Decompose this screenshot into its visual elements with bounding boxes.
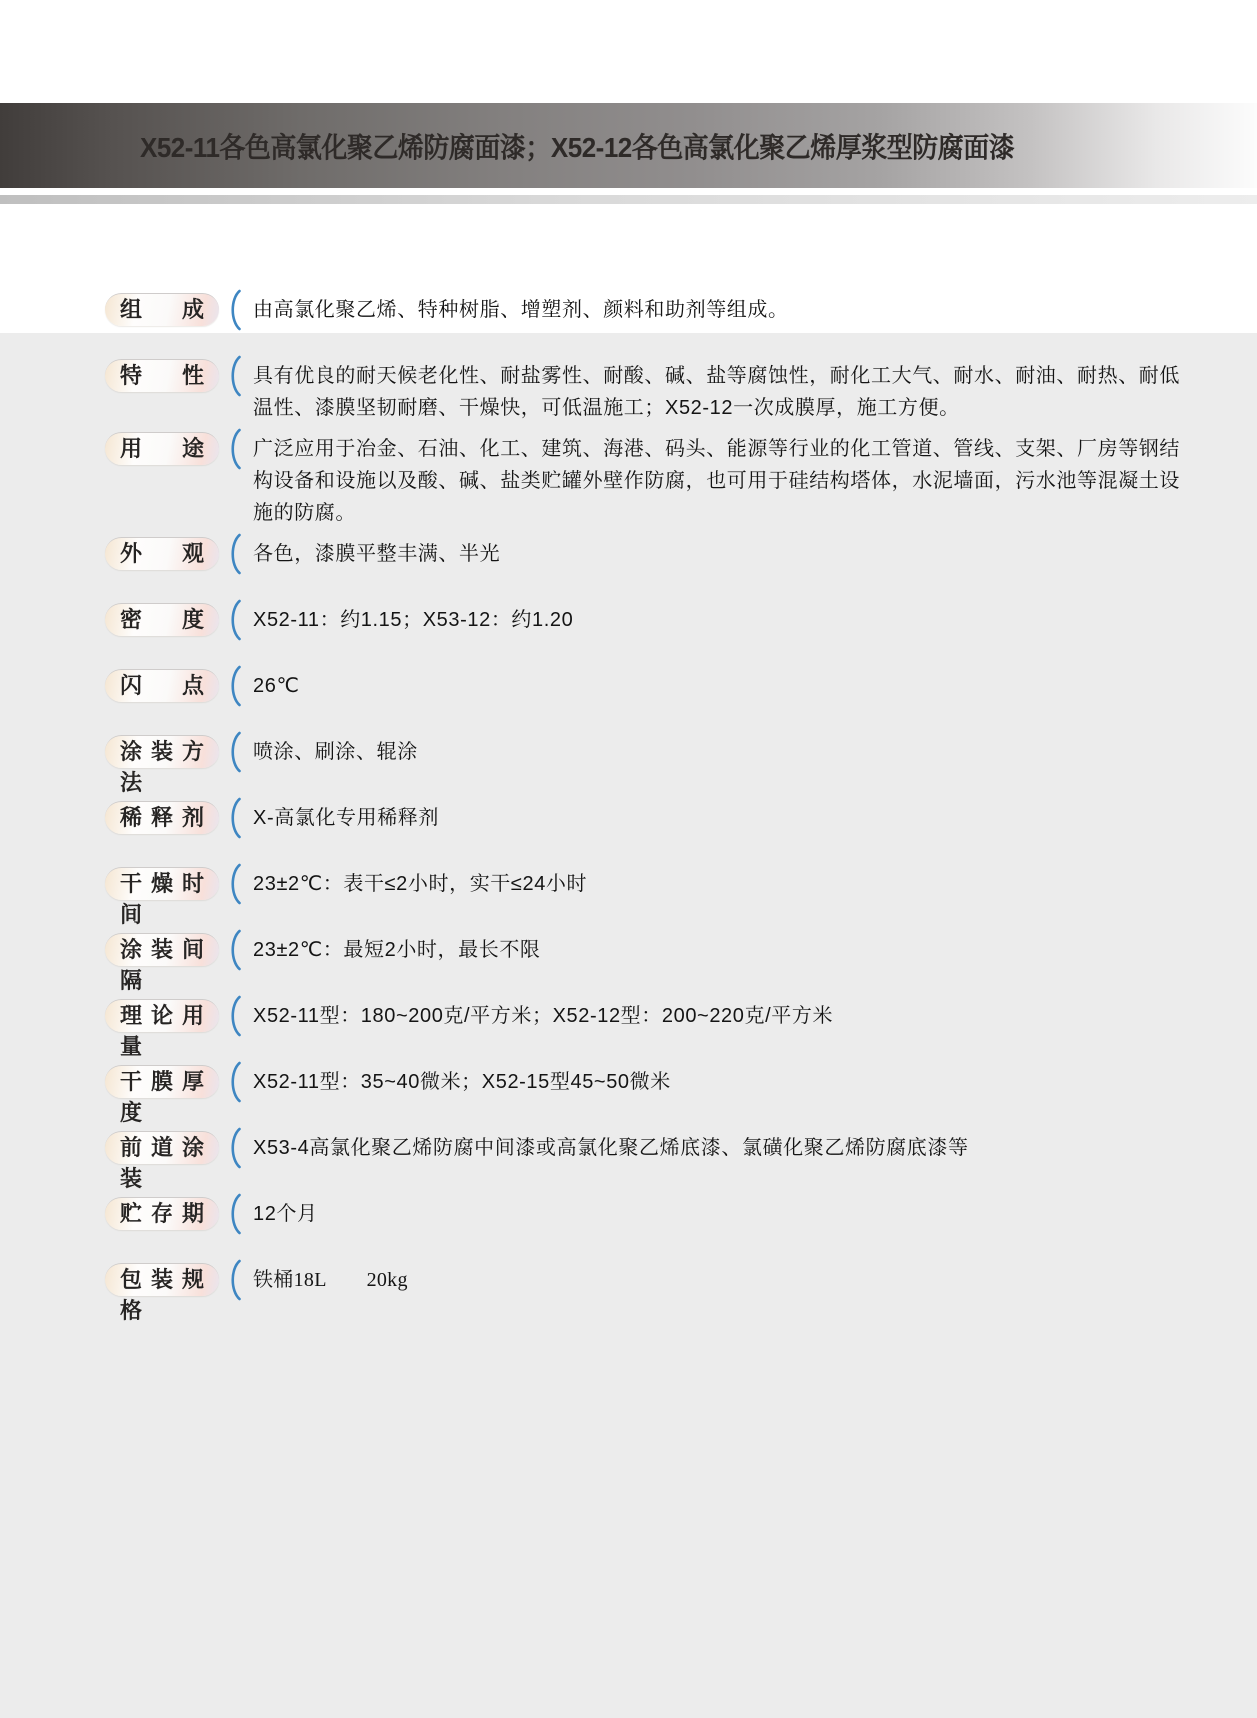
spec-value: X52-11型：180~200克/平方米；X52-12型：200~220克/平方… <box>253 1000 833 1032</box>
spec-value: 喷涂、刷涂、辊涂 <box>253 736 418 768</box>
spec-row: 理论用量 X52-11型：180~200克/平方米；X52-12型：200~22… <box>105 999 1257 1037</box>
title-banner: X52-11各色高氯化聚乙烯防腐面漆；X52-12各色高氯化聚乙烯厚浆型防腐面漆 <box>0 103 1257 188</box>
spec-value: 铁桶18L 20kg <box>253 1264 408 1296</box>
spec-label-badge: 稀释剂 <box>105 801 219 834</box>
spec-label-badge: 前道涂装 <box>105 1131 219 1164</box>
spec-value: X53-4高氯化聚乙烯防腐中间漆或高氯化聚乙烯底漆、氯磺化聚乙烯防腐底漆等 <box>253 1132 969 1164</box>
spec-label-badge: 闪点 <box>105 669 219 702</box>
spec-label-badge: 涂装间隔 <box>105 933 219 966</box>
composition-section: 组成 由高氯化聚乙烯、特种树脂、增塑剂、颜料和助剂等组成。 <box>0 204 1257 333</box>
spec-value: X52-11：约1.15；X53-12：约1.20 <box>253 604 573 636</box>
spec-row: 包装规格 铁桶18L 20kg <box>105 1263 1257 1301</box>
spec-label-badge: 干膜厚度 <box>105 1065 219 1098</box>
open-bracket-icon <box>226 863 242 905</box>
open-bracket-icon <box>226 1127 242 1169</box>
spec-value: 广泛应用于冶金、石油、化工、建筑、海港、码头、能源等行业的化工管道、管线、支架、… <box>253 433 1180 529</box>
spec-value: 具有优良的耐天候老化性、耐盐雾性、耐酸、碱、盐等腐蚀性，耐化工大气、耐水、耐油、… <box>253 360 1180 424</box>
spec-row: 涂装间隔 23±2℃：最短2小时，最长不限 <box>105 933 1257 971</box>
spec-row: 特性 具有优良的耐天候老化性、耐盐雾性、耐酸、碱、盐等腐蚀性，耐化工大气、耐水、… <box>105 359 1257 424</box>
spec-label-badge: 组成 <box>105 293 219 326</box>
page-title: X52-11各色高氯化聚乙烯防腐面漆；X52-12各色高氯化聚乙烯厚浆型防腐面漆 <box>0 126 1014 166</box>
spec-label-badge: 用途 <box>105 432 219 465</box>
spec-label-badge: 特性 <box>105 359 219 392</box>
spec-row: 组成 由高氯化聚乙烯、特种树脂、增塑剂、颜料和助剂等组成。 <box>105 293 1257 331</box>
spec-row: 闪点 26℃ <box>105 669 1257 707</box>
spec-row: 稀释剂 X-高氯化专用稀释剂 <box>105 801 1257 839</box>
open-bracket-icon <box>226 355 242 397</box>
spec-row: 密度 X52-11：约1.15；X53-12：约1.20 <box>105 603 1257 641</box>
open-bracket-icon <box>226 599 242 641</box>
spec-value: 26℃ <box>253 670 300 702</box>
specifications-section: 特性 具有优良的耐天候老化性、耐盐雾性、耐酸、碱、盐等腐蚀性，耐化工大气、耐水、… <box>0 333 1257 1718</box>
spec-label-badge: 贮存期 <box>105 1197 219 1230</box>
spec-label-badge: 密度 <box>105 603 219 636</box>
open-bracket-icon <box>226 665 242 707</box>
spec-row: 干燥时间 23±2℃：表干≤2小时，实干≤24小时 <box>105 867 1257 905</box>
top-margin <box>0 0 1257 103</box>
spec-row: 外观 各色，漆膜平整丰满、半光 <box>105 537 1257 575</box>
spec-row: 涂装方法 喷涂、刷涂、辊涂 <box>105 735 1257 773</box>
spec-label-badge: 外观 <box>105 537 219 570</box>
banner-underline-strip <box>0 195 1257 204</box>
open-bracket-icon <box>226 797 242 839</box>
open-bracket-icon <box>226 1193 242 1235</box>
spec-value: 23±2℃：最短2小时，最长不限 <box>253 934 541 966</box>
spec-value: 23±2℃：表干≤2小时，实干≤24小时 <box>253 868 587 900</box>
open-bracket-icon <box>226 533 242 575</box>
spec-value: X52-11型：35~40微米；X52-15型45~50微米 <box>253 1066 671 1098</box>
spec-label-badge: 涂装方法 <box>105 735 219 768</box>
spec-row: 贮存期 12个月 <box>105 1197 1257 1235</box>
open-bracket-icon <box>226 289 242 331</box>
open-bracket-icon <box>226 1061 242 1103</box>
open-bracket-icon <box>226 1259 242 1301</box>
open-bracket-icon <box>226 428 242 470</box>
spec-row: 前道涂装 X53-4高氯化聚乙烯防腐中间漆或高氯化聚乙烯底漆、氯磺化聚乙烯防腐底… <box>105 1131 1257 1169</box>
spec-value: 各色，漆膜平整丰满、半光 <box>253 538 500 570</box>
spec-value: 12个月 <box>253 1198 318 1230</box>
spec-label-badge: 干燥时间 <box>105 867 219 900</box>
spec-value: 由高氯化聚乙烯、特种树脂、增塑剂、颜料和助剂等组成。 <box>253 294 789 326</box>
spec-row: 用途 广泛应用于冶金、石油、化工、建筑、海港、码头、能源等行业的化工管道、管线、… <box>105 432 1257 529</box>
datasheet-page: X52-11各色高氯化聚乙烯防腐面漆；X52-12各色高氯化聚乙烯厚浆型防腐面漆… <box>0 0 1257 1718</box>
spec-label-badge: 包装规格 <box>105 1263 219 1296</box>
spec-label-badge: 理论用量 <box>105 999 219 1032</box>
open-bracket-icon <box>226 929 242 971</box>
open-bracket-icon <box>226 731 242 773</box>
open-bracket-icon <box>226 995 242 1037</box>
spec-value: X-高氯化专用稀释剂 <box>253 802 439 834</box>
spec-row: 干膜厚度 X52-11型：35~40微米；X52-15型45~50微米 <box>105 1065 1257 1103</box>
